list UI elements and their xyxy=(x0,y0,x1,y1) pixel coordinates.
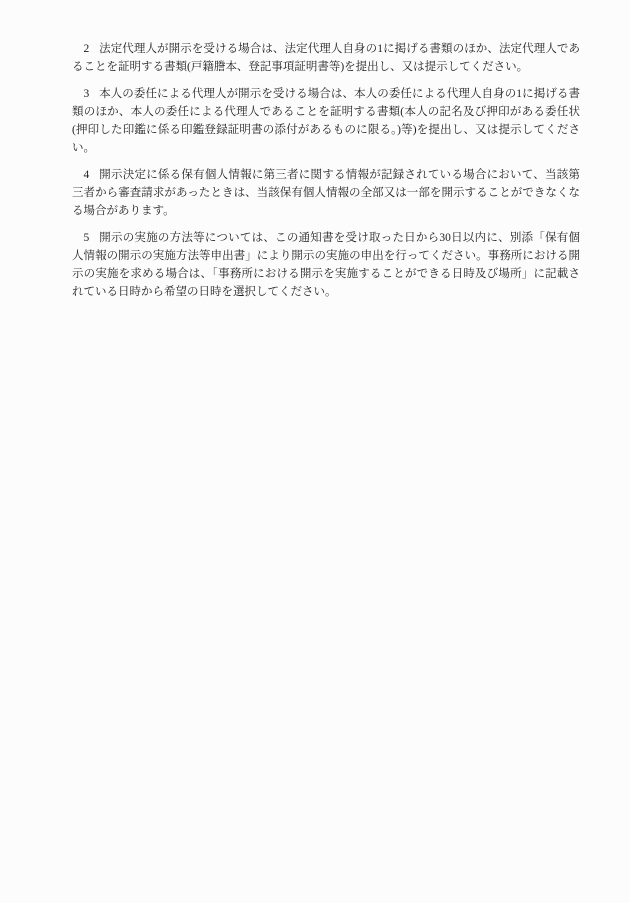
item-text: 本人の委任による代理人が開示を受ける場合は、本人の委任による代理人自身の1に掲げ… xyxy=(72,88,580,154)
item-text: 法定代理人が開示を受ける場合は、法定代理人自身の1に掲げる書類のほか、法定代理人… xyxy=(72,43,580,73)
item-text: 開示の実施の方法等については、この通知書を受け取った日から30日以内に、別添「保… xyxy=(72,232,580,298)
list-item: 2法定代理人が開示を受ける場合は、法定代理人自身の1に掲げる書類のほか、法定代理… xyxy=(72,40,580,76)
list-item: 3本人の委任による代理人が開示を受ける場合は、本人の委任による代理人自身の1に掲… xyxy=(72,85,580,157)
item-text: 開示決定に係る保有個人情報に第三者に関する情報が記録されている場合において、当該… xyxy=(72,169,580,217)
list-item: 4開示決定に係る保有個人情報に第三者に関する情報が記録されている場合において、当… xyxy=(72,166,580,220)
item-number: 5 xyxy=(84,232,90,244)
list-item: 5開示の実施の方法等については、この通知書を受け取った日から30日以内に、別添「… xyxy=(72,229,580,301)
document-page: 2法定代理人が開示を受ける場合は、法定代理人自身の1に掲げる書類のほか、法定代理… xyxy=(0,0,630,903)
item-number: 2 xyxy=(84,43,90,55)
item-number: 4 xyxy=(84,169,90,181)
item-number: 3 xyxy=(84,88,90,100)
